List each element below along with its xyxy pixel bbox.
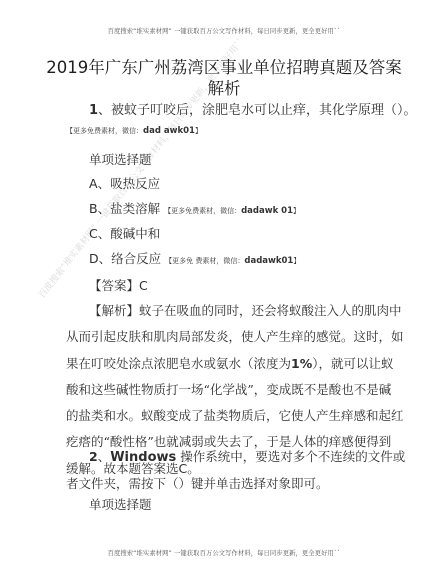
question-1-number: 1	[89, 103, 98, 118]
option-c-text: 、酸碱中和	[98, 226, 161, 241]
analysis-line: 的盐类和水。蚁酸变成了盐类物质后，它使人产生痒感和起红	[66, 403, 386, 429]
option-b-letter: B	[89, 201, 98, 216]
option-d-text: 、络合反应	[99, 251, 162, 266]
question-1-type: 单项选择题	[89, 150, 152, 168]
analysis-line: 酸和这些碱性物质打一场“化学战”，变成既不是酸也不是碱	[66, 377, 386, 403]
promo-wechat-id: dad awk01	[143, 126, 195, 136]
analysis-line: 【解析】蚊子在吸血的同时，还会将蚁酸注入人的肌肉中	[66, 298, 386, 324]
question-2-stem: 2、Windows 操作系统中，要选对多个不连续的文件或 者文件夹，需按下（）键…	[66, 444, 386, 497]
option-a: A、吸热反应	[89, 174, 160, 192]
question-2-line: 2、Windows 操作系统中，要选对多个不连续的文件或	[66, 444, 386, 471]
option-b-text: 、盐类溶解	[98, 201, 161, 216]
promo-wechat-id: dadawk 01	[241, 206, 293, 216]
answer-line: 【答案】C	[89, 276, 148, 294]
option-d-letter: D	[89, 251, 99, 266]
option-a-letter: A	[89, 176, 98, 191]
answer-value: C	[139, 278, 148, 293]
option-c-letter: C	[89, 226, 98, 241]
promo-wechat-id: dadawk01	[244, 256, 293, 266]
option-c: C、酸碱中和	[89, 224, 160, 242]
answer-label: 【答案】	[89, 278, 139, 293]
promo-tag-suffix: 】	[293, 207, 300, 215]
promo-tag-3: 【更多免 费素材，微信：dadawk01】	[165, 257, 300, 265]
analysis-line: 从而引起皮肤和肌肉局部发炎，使人产生痒的感觉。这时，如	[66, 324, 386, 350]
option-a-text: 、吸热反应	[98, 176, 161, 191]
promo-tag-suffix: 】	[293, 257, 300, 265]
question-1-stem: 1、被蚊子叮咬后，涂肥皂水可以止痒，其化学原理（）。	[89, 99, 417, 118]
concentration-value: 1%	[291, 356, 312, 371]
footer-promo-note: 百度搜索“堆实素材网” 一键获取百万公文写作材料，每日同步更新，更全更好用``	[0, 548, 448, 557]
analysis-line: 果在叮咬处涂点浓肥皂水或氨水（浓度为1%），就可以让蚁	[66, 351, 386, 377]
question-2-keyword: Windows	[110, 450, 176, 465]
header-promo-note: 百度搜索“堆实素材网” 一键获取百万公文写作材料，每日同步更新，更全更好用``	[0, 26, 448, 35]
question-2-sep: 、	[98, 449, 111, 464]
option-d: D、络合反应 【更多免 费素材，微信：dadawk01】	[89, 249, 300, 267]
promo-tag-prefix: 【更多免费素材，微信：	[164, 207, 241, 215]
question-2-line: 者文件夹，需按下（）键并单击选择对象即可。	[66, 471, 386, 497]
promo-tag-1: 【更多免费素材，微信：dad awk01】	[66, 126, 202, 136]
analysis-text: 果在叮咬处涂点浓肥皂水或氨水（浓度为	[66, 356, 291, 371]
promo-tag-2: 【更多免费素材，微信：dadawk 01】	[164, 207, 300, 215]
option-b: B、盐类溶解 【更多免费素材，微信：dadawk 01】	[89, 199, 300, 217]
promo-tag-prefix: 【更多免 费素材，微信：	[165, 257, 244, 265]
promo-tag-suffix: 】	[195, 127, 202, 135]
promo-tag-prefix: 【更多免费素材，微信：	[66, 127, 143, 135]
question-2-text: 操作系统中，要选对多个不连续的文件或	[176, 449, 405, 464]
analysis-text: ），就可以让蚁	[312, 356, 393, 371]
document-title: 2019年广东广州荔湾区事业单位招聘真题及答案解析	[40, 57, 408, 99]
question-2-number: 2	[89, 449, 98, 464]
question-2-type: 单项选择题	[89, 495, 152, 513]
question-1-text: 、被蚊子叮咬后，涂肥皂水可以止痒，其化学原理（）。	[98, 103, 417, 118]
